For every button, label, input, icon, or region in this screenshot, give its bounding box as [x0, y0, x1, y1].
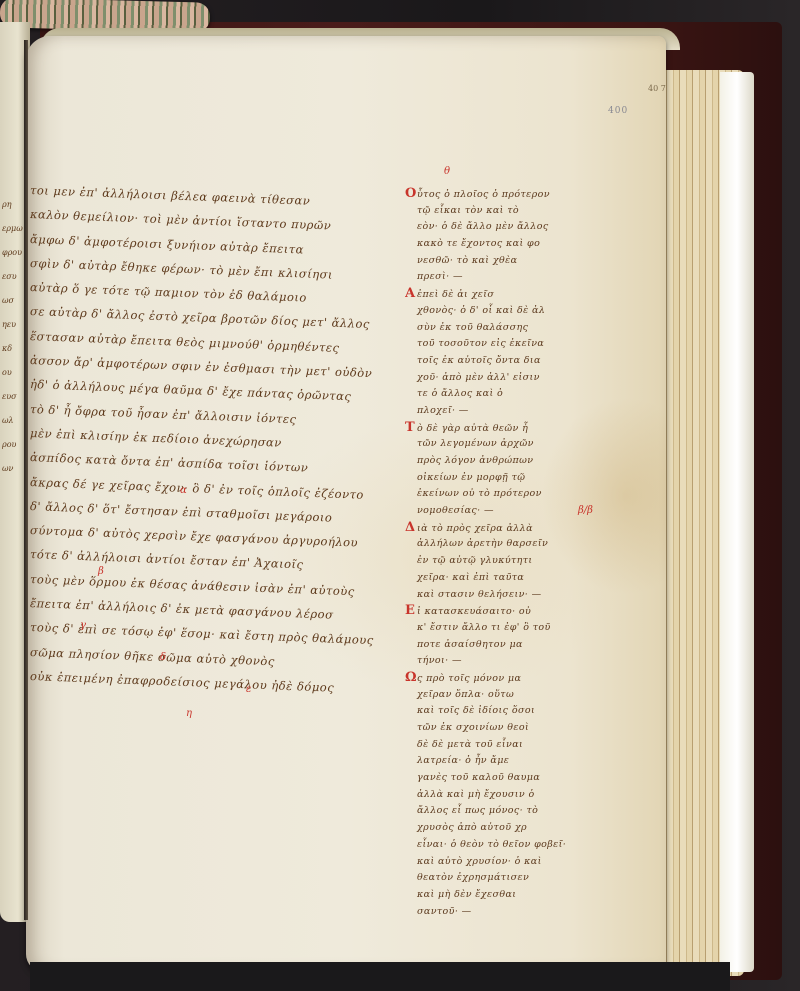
commentary-line: τῶν ἐκ σχοινίων θεοὶ: [405, 720, 595, 737]
commentary-line: καὶ μὴ δὲν ἔχεσθαι: [405, 887, 595, 904]
commentary-text: πρεσὶ· —: [417, 271, 463, 282]
commentary-text: πλοχεῖ· —: [417, 405, 469, 416]
commentary-text: εἶναι· ὁ θεὸν τὸ θεῖον φοβεῖ·: [417, 839, 566, 850]
commentary-text: ιὰ τὸ πρὸς χεῖρα ἀλλὰ: [417, 523, 533, 534]
commentary-text: λατρεία· ὁ ἦν ἄμε: [417, 755, 509, 766]
commentary-line: οἰκείων ἐν μορφῇ τῷ: [405, 470, 595, 487]
commentary-line: τοῦ τοσοῦτον εἰς ἐκεῖνα: [405, 336, 595, 353]
commentary-text: δὲ δὲ μετὰ τοῦ εἶναι: [417, 739, 523, 750]
commentary-text: εὸν· ὁ δὲ ἄλλο μὲν ἄλλος: [417, 221, 549, 232]
commentary-line: ἐν τῷ αὐτῷ γλυκύτητι: [405, 553, 595, 570]
facing-page-fragment: ρου: [2, 440, 26, 464]
commentary-text: χοῦ· ἀπὸ μὲν ἀλλ' εἰσιν: [417, 372, 540, 383]
facing-page-fragment: φρου: [2, 248, 26, 272]
commentary-line: χθονὸς· ὁ δ' οἷ καὶ δὲ ἀλ: [405, 303, 595, 320]
commentary-line: πλοχεῖ· —: [405, 403, 595, 420]
commentary-text: χεῖραν ὅπλα· οὕτω: [417, 689, 514, 700]
interlinear-rubric: β: [98, 566, 104, 577]
commentary-line: χεῖραν ὅπλα· οὕτω: [405, 687, 595, 704]
commentary-line: ἐκείνων οὐ τὸ πρότερον: [405, 486, 595, 503]
interlinear-rubric: γ: [80, 620, 86, 631]
commentary-text: ἀλλὰ καὶ μὴ ἔχουσιν ὁ: [417, 789, 535, 800]
commentary-text: χεῖρα· καὶ ἐπὶ ταῦτα: [417, 572, 524, 583]
commentary-text: καὶ τοῖς δὲ ἰδίοις ὅσοι: [417, 705, 535, 716]
commentary-text: νεσθῶ· τὸ καὶ χθὲα: [417, 255, 517, 266]
facing-page-fragment: ων: [2, 464, 26, 488]
interlinear-rubric: δ: [160, 652, 166, 663]
commentary-text: ὗτος ὁ πλοῖος ὁ πρότερον: [417, 189, 550, 200]
commentary-line: χεῖρα· καὶ ἐπὶ ταῦτα: [405, 570, 595, 587]
commentary-text: τήνοι· —: [417, 655, 462, 666]
commentary-text: θεατὸν ἐχρησμάτισεν: [417, 872, 529, 883]
commentary-line: τοῖς ἐκ αὐτοῖς ὄντα δια: [405, 353, 595, 370]
facing-page-fragment: ερμω: [2, 224, 26, 248]
commentary-line: γανὲς τοῦ καλοῦ θαυμα: [405, 770, 595, 787]
table-surface: [30, 962, 730, 991]
facing-page-fragment: ρη: [2, 200, 26, 224]
commentary-text: τῶν λεγομένων ἀρχῶν: [417, 438, 534, 449]
commentary-line: καὶ αὐτὸ χρυσίον· ὁ καὶ: [405, 854, 595, 871]
commentary-line: εὸν· ὁ δὲ ἄλλο μὲν ἄλλος: [405, 219, 595, 236]
commentary-paragraph-start: Αἐπεὶ δὲ ἀι χεῖσ: [405, 286, 595, 303]
commentary-line: τήνοι· —: [405, 653, 595, 670]
rubricated-initial: Δ: [405, 520, 417, 536]
commentary-line: ἄλλος εἶ πως μόνος· τὸ: [405, 803, 595, 820]
commentary-text: ποτε ἀσαίσθητον μα: [417, 639, 523, 650]
interlinear-rubric: η: [186, 708, 192, 719]
commentary-line: σαντοῦ· —: [405, 904, 595, 921]
commentary-text: τοῦ τοσοῦτον εἰς ἐκεῖνα: [417, 338, 544, 349]
commentary-line: κ' ἔστιν ἄλλο τι ἐφ' ὃ τοῦ: [405, 620, 595, 637]
interlinear-rubric: ε: [246, 684, 251, 695]
commentary-text: κακὸ τε ἔχοντος καὶ φο: [417, 238, 540, 249]
commentary-line: εἶναι· ὁ θεὸν τὸ θεῖον φοβεῖ·: [405, 837, 595, 854]
commentary-text: τῷ εἶκαι τὸν καὶ τὸ: [417, 205, 519, 216]
commentary-paragraph-start: Οὗτος ὁ πλοῖος ὁ πρότερον: [405, 186, 595, 203]
text-column-right: Οὗτος ὁ πλοῖος ὁ πρότεροντῷ εἶκαι τὸν κα…: [405, 186, 595, 920]
text-column-left: τοι μεν ἐπ' ἀλλήλοισι βέλεα φαεινὰ τίθεσ…: [30, 178, 400, 688]
commentary-text: χθονὸς· ὁ δ' οἷ καὶ δὲ ἀλ: [417, 305, 545, 316]
commentary-text: τῶν ἐκ σχοινίων θεοὶ: [417, 722, 529, 733]
commentary-paragraph-start: Ως πρὸ τοῖς μόνον μα: [405, 670, 595, 687]
commentary-text: χρυσὸς ἀπὸ αὐτοῦ χρ: [417, 822, 527, 833]
facing-page-fragment: κδ: [2, 344, 26, 368]
commentary-text: οἰκείων ἐν μορφῇ τῷ: [417, 472, 525, 483]
rubric-top: θ: [444, 166, 450, 177]
rubricated-initial: Ω: [405, 670, 417, 686]
commentary-text: ἐπεὶ δὲ ἀι χεῖσ: [417, 289, 494, 300]
commentary-line: χοῦ· ἀπὸ μὲν ἀλλ' εἰσιν: [405, 370, 595, 387]
rubricated-initial: Ε: [405, 603, 417, 619]
facing-page-fragment: ου: [2, 368, 26, 392]
facing-page-fragment: ωσ: [2, 296, 26, 320]
commentary-text: ἐν τῷ αὐτῷ γλυκύτητι: [417, 555, 533, 566]
commentary-text: τε ὁ ἄλλος καὶ ὁ: [417, 388, 503, 399]
commentary-text: σαντοῦ· —: [417, 906, 472, 917]
commentary-text: γανὲς τοῦ καλοῦ θαυμα: [417, 772, 540, 783]
commentary-paragraph-start: Εἰ κατασκευάσαιτο· οὐ: [405, 603, 595, 620]
commentary-text: ς πρὸ τοῖς μόνον μα: [417, 673, 521, 684]
commentary-text: νομοθεσίας· —: [417, 505, 494, 516]
commentary-line: τε ὁ ἄλλος καὶ ὁ: [405, 386, 595, 403]
commentary-text: καὶ μὴ δὲν ἔχεσθαι: [417, 889, 516, 900]
commentary-line: πρὸς λόγον ἀνθρώπων: [405, 453, 595, 470]
commentary-line: τῷ εἶκαι τὸν καὶ τὸ: [405, 203, 595, 220]
commentary-line: καὶ τοῖς δὲ ἰδίοις ὅσοι: [405, 703, 595, 720]
commentary-line: χρυσὸς ἀπὸ αὐτοῦ χρ: [405, 820, 595, 837]
commentary-paragraph-start: Τὸ δὲ γὰρ αὐτὰ θεῶν ἦ: [405, 420, 595, 437]
commentary-line: νομοθεσίας· —: [405, 503, 595, 520]
commentary-text: πρὸς λόγον ἀνθρώπων: [417, 455, 533, 466]
facing-page-fragment: ευσ: [2, 392, 26, 416]
commentary-line: τῶν λεγομένων ἀρχῶν: [405, 436, 595, 453]
commentary-line: σὺν ἐκ τοῦ θαλάσσης: [405, 320, 595, 337]
commentary-line: νεσθῶ· τὸ καὶ χθὲα: [405, 253, 595, 270]
rubricated-initial: Α: [405, 286, 417, 302]
commentary-text: ἰ κατασκευάσαιτο· οὐ: [417, 606, 531, 617]
commentary-text: σὺν ἐκ τοῦ θαλάσσης: [417, 322, 528, 333]
commentary-line: λατρεία· ὁ ἦν ἄμε: [405, 753, 595, 770]
commentary-text: ὸ δὲ γὰρ αὐτὰ θεῶν ἦ: [417, 423, 528, 434]
facing-page-text: ρηερμωφρουεσυωσηευκδουευσωλρουων: [2, 200, 26, 488]
facing-page-fragment: εσυ: [2, 272, 26, 296]
commentary-line: ποτε ἀσαίσθητον μα: [405, 637, 595, 654]
commentary-text: τοῖς ἐκ αὐτοῖς ὄντα δια: [417, 355, 541, 366]
rubricated-initial: Τ: [405, 420, 417, 436]
commentary-text: ἐκείνων οὐ τὸ πρότερον: [417, 488, 542, 499]
commentary-text: ἀλλήλων ἀρετὴν θαρσεῖν: [417, 538, 548, 549]
corner-mark: 40 7: [648, 84, 666, 93]
commentary-text: καὶ αὐτὸ χρυσίον· ὁ καὶ: [417, 856, 542, 867]
commentary-text: ἄλλος εἶ πως μόνος· τὸ: [417, 805, 538, 816]
commentary-text: κ' ἔστιν ἄλλο τι ἐφ' ὃ τοῦ: [417, 622, 551, 633]
commentary-line: θεατὸν ἐχρησμάτισεν: [405, 870, 595, 887]
commentary-line: καὶ στασιν θελήσειν· —: [405, 587, 595, 604]
interlinear-rubric: α: [180, 485, 187, 496]
commentary-paragraph-start: Διὰ τὸ πρὸς χεῖρα ἀλλὰ: [405, 520, 595, 537]
commentary-line: κακὸ τε ἔχοντος καὶ φο: [405, 236, 595, 253]
white-flyleaf: [720, 72, 754, 972]
folio-number: 400: [608, 106, 628, 116]
commentary-line: πρεσὶ· —: [405, 269, 595, 286]
commentary-line: δὲ δὲ μετὰ τοῦ εἶναι: [405, 737, 595, 754]
commentary-line: ἀλλὰ καὶ μὴ ἔχουσιν ὁ: [405, 787, 595, 804]
facing-page-fragment: ηευ: [2, 320, 26, 344]
commentary-text: καὶ στασιν θελήσειν· —: [417, 589, 542, 600]
margin-rubric: β/β: [578, 505, 593, 516]
commentary-line: ἀλλήλων ἀρετὴν θαρσεῖν: [405, 536, 595, 553]
facing-page-fragment: ωλ: [2, 416, 26, 440]
rubricated-initial: Ο: [405, 186, 417, 202]
gutter-shadow: [24, 40, 28, 920]
